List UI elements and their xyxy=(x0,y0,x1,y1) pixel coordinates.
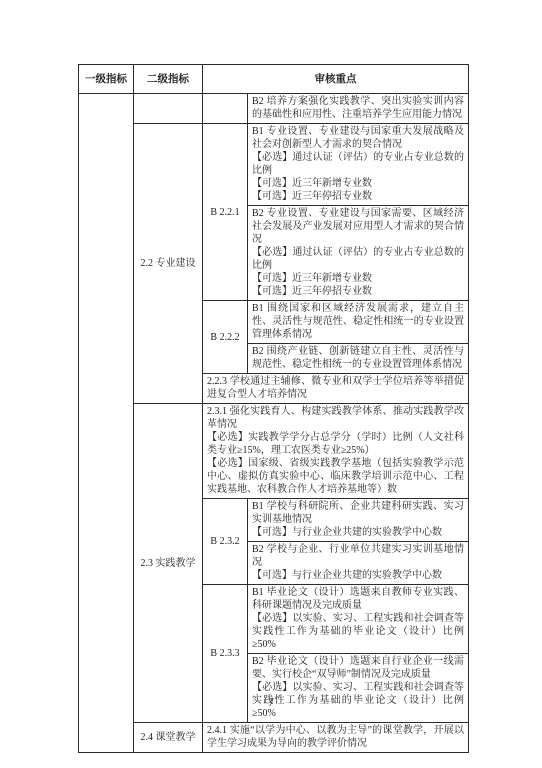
table-row: 2.2 专业建设 B 2.2.1 B1 专业设置、专业建设与国家重大发展战略及社… xyxy=(79,124,469,206)
cell-section-2-4-label: 2.4 课堂教学 xyxy=(134,723,203,753)
table-row: 2.4 课堂教学 2.4.1 实施“以学为中心、以教为主导”的课堂教学，开展以学… xyxy=(79,723,469,753)
cell-level2-indicator-empty xyxy=(134,94,203,124)
table-row: B2 培养方案强化实践教学、突出实验实训内容的基础性和应用性、注重培养学生应用能… xyxy=(79,94,469,124)
page-number: 7 xyxy=(0,697,542,709)
table-row: 2.3 实践教学 2.3.1 强化实践育人、构建实践教学体系、推动实践教学改革情… xyxy=(79,404,469,499)
cell-b232-b1: B1 学校与科研院所、企业共建科研实践、实习实训基地情况 【可选】与行业企业共建… xyxy=(248,499,469,542)
header-level1-indicator: 一级指标 xyxy=(79,65,134,94)
cell-code-b232: B 2.3.2 xyxy=(203,499,248,585)
cell-section-2-2-label: 2.2 专业建设 xyxy=(134,124,203,404)
cell-carryover-b2: B2 培养方案强化实践教学、突出实验实训内容的基础性和应用性、注重培养学生应用能… xyxy=(248,94,469,124)
cell-item-2-2-3: 2.2.3 学校通过主辅修、微专业和双学士学位培养等举措促进复合型人才培养情况 xyxy=(203,374,469,404)
cell-item-2-4-1: 2.4.1 实施“以学为中心、以教为主导”的课堂教学，开展以学生学习成果为导向的… xyxy=(203,723,469,753)
cell-b222-b2: B2 围绕产业链、创新链建立自主性、灵活性与规范性、稳定性相统一的专业设置管理体… xyxy=(248,344,469,374)
cell-code-b222: B 2.2.2 xyxy=(203,301,248,374)
cell-b222-b1: B1 围绕国家和区域经济发展需求，建立自主性、灵活性与规范性、稳定性相统一的专业… xyxy=(248,301,469,344)
cell-b221-b1: B1 专业设置、专业建设与国家重大发展战略及社会对创新型人才需求的契合情况 【必… xyxy=(248,124,469,206)
cell-b221-b2: B2 专业设置、专业建设与国家需要、区域经济社会发展及产业发展对应用型人才需求的… xyxy=(248,206,469,301)
cell-level1-indicator-empty xyxy=(79,94,134,753)
audit-focus-table: 一级指标 二级指标 审核重点 B2 培养方案强化实践教学、突出实验实训内容的基础… xyxy=(78,64,469,753)
cell-code-empty xyxy=(203,94,248,124)
cell-code-b221: B 2.2.1 xyxy=(203,124,248,301)
cell-b232-b2: B2 学校与企业、行业单位共建实习实训基地情况 【可选】与行业企业共建的实验教学… xyxy=(248,542,469,585)
header-row: 一级指标 二级指标 审核重点 xyxy=(79,65,469,94)
cell-b233-b2: B2 毕业论文（设计）选题来自行业企业一线需要、实行校企“双导师”制情况及完成质… xyxy=(248,654,469,723)
cell-section-2-3-label: 2.3 实践教学 xyxy=(134,404,203,723)
header-level2-indicator: 二级指标 xyxy=(134,65,203,94)
document-page: 一级指标 二级指标 审核重点 B2 培养方案强化实践教学、突出实验实训内容的基础… xyxy=(0,0,542,768)
header-audit-focus: 审核重点 xyxy=(203,65,469,94)
cell-b233-b1: B1 毕业论文（设计）选题来自教师专业实践、科研课题情况及完成质量 【必选】以实… xyxy=(248,585,469,654)
cell-item-2-3-1: 2.3.1 强化实践育人、构建实践教学体系、推动实践教学改革情况 【必选】实践教… xyxy=(203,404,469,499)
